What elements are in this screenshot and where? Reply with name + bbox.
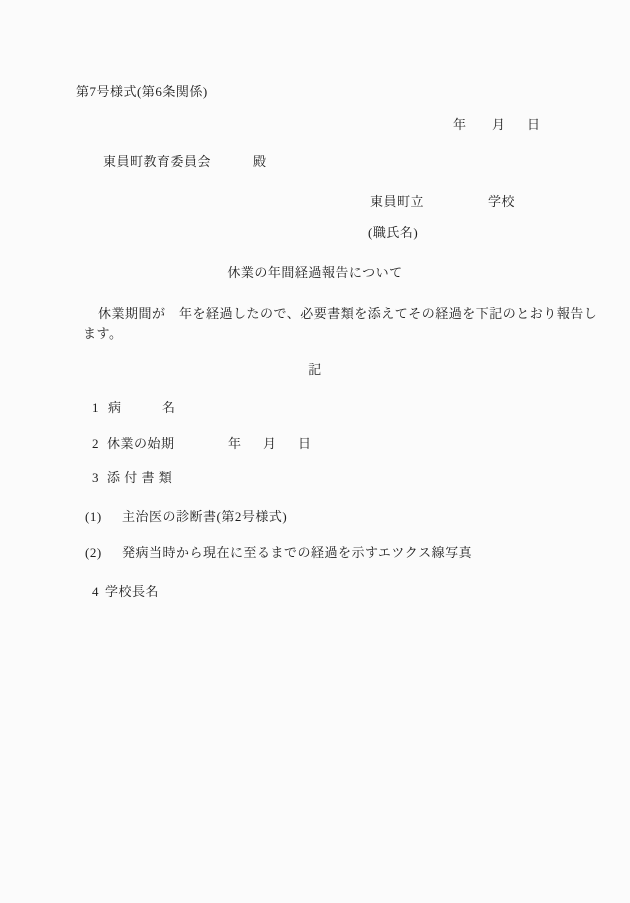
item-4-label: 学校長名	[105, 584, 159, 599]
recipient-name: 東員町教育委員会	[103, 154, 211, 169]
subitem-2-label: 発病当時から現在に至るまでの経過を示すエツクス線写真	[122, 545, 472, 560]
item-4-number: 4	[92, 584, 99, 599]
item-3-label: 添 付 書 類	[107, 470, 172, 485]
item-2-number: 2	[92, 436, 99, 451]
date-month-label: 月	[492, 117, 506, 132]
list-marker: 記	[0, 362, 630, 377]
item-1-label-right: 名	[162, 400, 176, 415]
subitem-2-number: (2)	[85, 545, 102, 560]
document-page: 第7号様式(第6条関係) 年 月 日 東員町教育委員会 殿 東員町立 学校 (職…	[0, 0, 630, 903]
subitem-1-number: (1)	[85, 509, 102, 524]
item-1-label-left: 病	[108, 400, 122, 415]
document-title: 休業の年間経過報告について	[0, 265, 630, 280]
item-2-year-label: 年	[228, 436, 242, 451]
form-number: 第7号様式(第6条関係)	[76, 84, 208, 99]
paragraph-line-1: 休業期間が 年を経過したので、必要書類を添えてその経過を下記のとおり報告し	[98, 306, 597, 321]
item-2-month-label: 月	[263, 436, 277, 451]
subitem-1-label: 主治医の診断書(第2号様式)	[122, 509, 287, 524]
item-2-label: 休業の始期	[107, 436, 175, 451]
item-3-number: 3	[92, 470, 99, 485]
school-suffix: 学校	[488, 194, 515, 209]
item-2-day-label: 日	[298, 436, 312, 451]
date-day-label: 日	[527, 117, 541, 132]
item-1-number: 1	[92, 400, 99, 415]
sender-position-line: (職氏名)	[368, 225, 418, 240]
paragraph-line-2: ます。	[83, 326, 122, 341]
date-year-label: 年	[453, 117, 467, 132]
recipient-honorific: 殿	[253, 154, 267, 169]
school-prefix: 東員町立	[370, 194, 424, 209]
